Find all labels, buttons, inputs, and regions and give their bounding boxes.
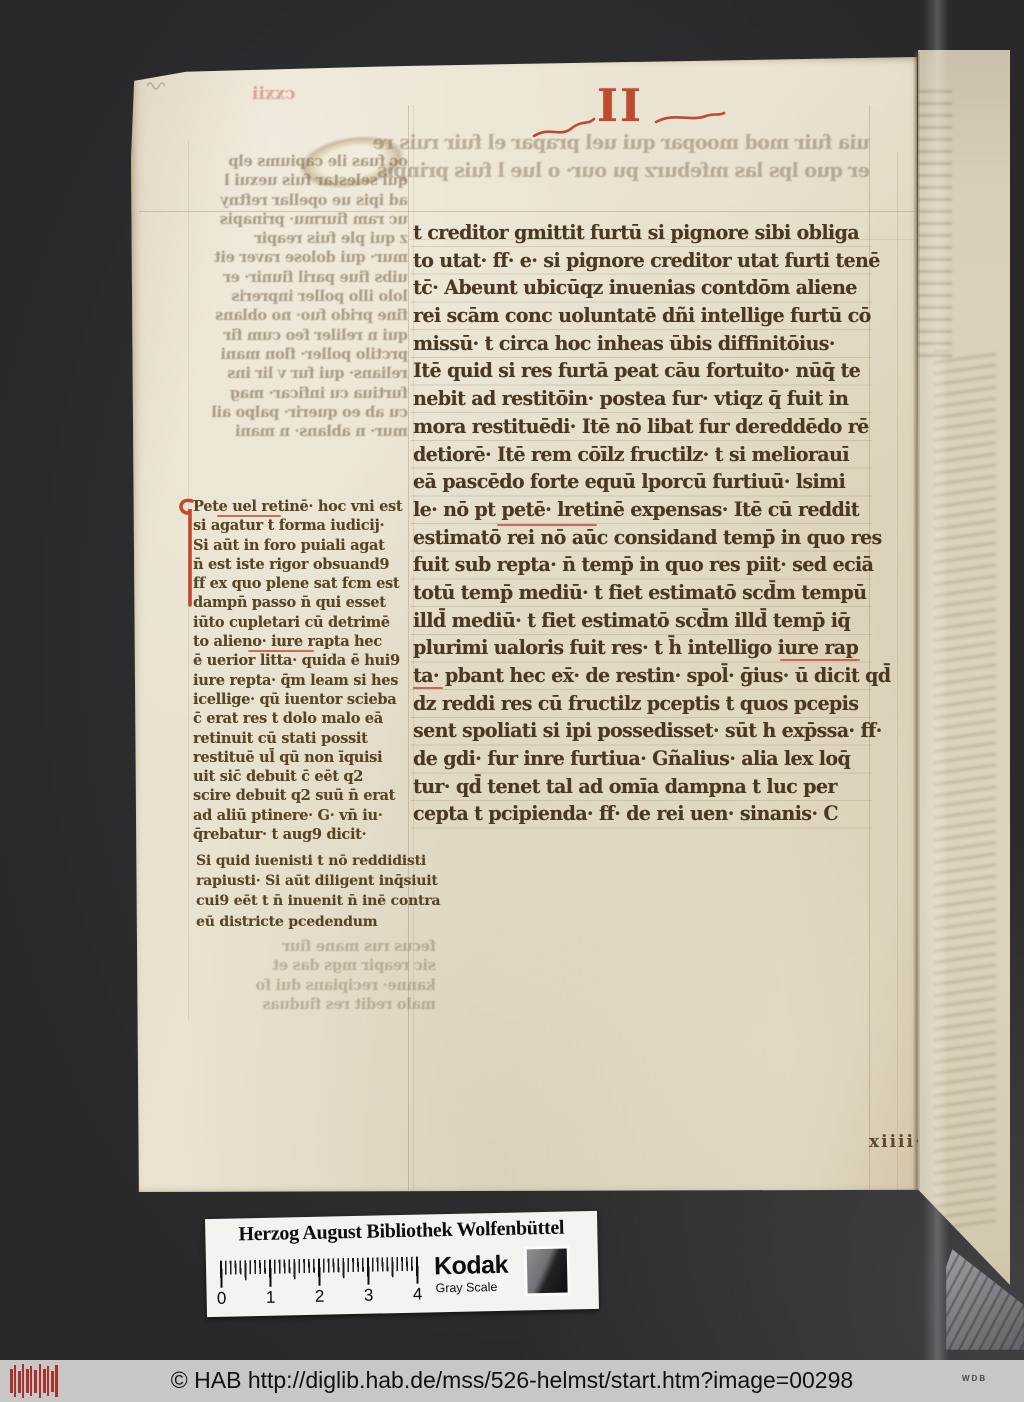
manuscript-text-line: rei scām conc uoluntatē dñi intellige fu… [413,302,873,331]
showthrough-folio-number: cxxii [252,84,296,104]
note-line: rapiusti· Si aūt diligent inq̄siuit [196,871,456,891]
gloss-line: icellige· qū iuentor scieba [193,690,411,709]
gloss-line: Si aūt in foro puiali agat [193,536,411,555]
manuscript-text-line: estimatō rei nō aūc considand temp̄ in q… [413,524,873,553]
gloss-line: iūto cupletari cū detrimē [193,613,411,632]
manuscript-text-line: missū· t circa hoc inheas ūbis diffinitō… [413,330,873,359]
ruling-line [139,211,914,212]
gloss-line: dampn̄ passo n̄ qui esset [193,593,411,612]
showthrough-line: prctilo poller· flon mani [196,345,408,364]
gloss-line: to alieno· iure rapta hec [193,632,411,651]
gloss-line: Pete uel retinē· hoc vni est [193,497,411,516]
rubric-underline [413,687,443,689]
note-line: Si quid iuenisti t nō reddidisti [196,851,456,871]
scanned-manuscript-viewer: cxxii uia fuir mod moopar qui uel prapar… [0,0,1024,1402]
gloss-line: ad aliū ptinere· G· vn̄ iu· [193,806,411,825]
showthrough-line: qui n reliler feo cum fir [196,326,408,345]
pencil-mark-icon [145,77,171,91]
showthrough-line: kanne· recipians dui fo [196,976,436,995]
manuscript-text-line: cepta t pcipienda· ff· de rei uen· sinan… [413,800,873,829]
wdb-corner-mark: WDB [962,1374,987,1383]
gloss-line: si agatur t forma iudicij· [193,516,411,535]
showthrough-line: oc fuas ile capiums elp [196,152,408,171]
showthrough-line: lolo illo poller inpreris [196,287,408,306]
ruler-numbers: 01234 [220,1285,420,1313]
rubric-underline [248,650,314,652]
showthrough-line: uibs fiue paril fiunir· er [196,268,408,287]
note-line: cui9 eēt t n̄ inuenit n̄ inē contra [196,891,456,911]
manuscript-text-line: tur· qd̄ tenet tal ad omīa dampna t luc … [413,773,873,802]
showthrough-lower-text: fecus rus mane fiursic reapir mgs das et… [196,937,436,1014]
rubric-underline [497,524,597,526]
manuscript-text-line: nebit ad restitōin· postea fur· vtiqz q̄… [413,385,873,414]
gloss-line: scire debuit q2 suū n̄ erat [193,786,411,805]
color-scale-label: Herzog August Bibliothek Wolfenbüttel 01… [205,1211,599,1317]
library-name-label: Herzog August Bibliothek Wolfenbüttel [205,1216,597,1247]
showthrough-line: relians· qui fur v lir ins [196,364,408,383]
gloss-line: iure repta· q̄m leam si hes [193,671,411,690]
ruler-number: 2 [315,1287,325,1307]
gloss-line: q̄rebatur· t aug9 dicit· [193,825,411,844]
manuscript-text-line: de gdi· fur inre furtiua· Gñalius· alia … [413,745,873,774]
ruler-number: 0 [217,1289,227,1309]
manuscript-text-line: illd̄ mediū· t fiet estimatō scd̄m illd̄… [413,607,873,636]
manuscript-text-line: totū temp̄ mediū· t fiet estimatō scd̄m … [413,579,873,608]
copyright-url-text: © HAB http://diglib.hab.de/mss/526-helms… [0,1367,1024,1394]
gloss-line: retinuit cū stati possit [193,729,411,748]
glass-glare [923,0,949,1402]
manuscript-page: cxxii uia fuir mod moopar qui uel prapar… [131,57,920,1192]
gloss-line: n̄ est iste rigor obsuand9 [193,555,411,574]
marginal-note: Si quid iuenisti t nō reddidistirapiusti… [196,851,456,932]
showthrough-line: cu ab eo querir· palpo ail [196,403,408,422]
gray-scale-label: Gray Scale [435,1280,497,1295]
footer-bar: © HAB http://diglib.hab.de/mss/526-helms… [0,1360,1024,1402]
showthrough-line: er quo lps las mfeburz pu our· o lue l f… [430,157,870,186]
marginal-gloss-column: Pete uel retinē· hoc vni estsi agatur t … [193,497,411,844]
showthrough-line: uc ram fiurmu· prinapis [196,210,408,229]
gloss-line: uit sic̄ debuit c̄ eēt q2 [193,767,411,786]
gloss-line: c̄ erat res t dolo malo eā [193,709,411,728]
gray-scale-patch-frame [524,1245,571,1296]
showthrough-line: malo redit res fiuduas [196,995,436,1014]
showthrough-line: fine prido fuo· no oblans [196,306,408,325]
showthrough-margin-text: oc fuas ile capiums elpqui selestar fuis… [196,152,408,441]
page-gutter-shadow [913,52,920,1192]
manuscript-text-line: sent spoliati si ipi possedisset· sūt h … [413,717,873,746]
ruler-major-ticks [220,1257,421,1288]
showthrough-line: ad ipis ue opellar reftny [196,191,408,210]
rubric-underline [780,659,860,661]
kodak-brand-label: Kodak [434,1251,508,1282]
showthrough-line: furtiua cu inficar· mag [196,384,408,403]
manuscript-text-line: dz reddi res cū fructilz pceptis t quos … [413,690,873,719]
manuscript-text-line: le· nō pt petē· lretinē expensas· Itē cū… [413,496,873,525]
gloss-line: ff ex quo plene sat fcm est [193,574,411,593]
ruling-line [897,152,898,1190]
showthrough-line: z qui ple fuis reapir [196,229,408,248]
gloss-line: ē uerior litta· quida ē hui9 [193,651,411,670]
rubric-underline [217,515,281,517]
chapter-numeral: II [597,83,643,128]
manuscript-text-line: ta· pbant hec ex̄· de restin· spol̄· ḡiu… [413,662,873,691]
ruler-number: 3 [364,1286,374,1306]
showthrough-line: mur· qui dolose raver eit [196,248,408,267]
manuscript-text-line: mora restituēdi· Itē nō libat fur deredd… [413,413,873,442]
showthrough-line: sic reapir mgs das et [196,956,436,975]
ruler-number: 4 [413,1285,423,1305]
manuscript-text-line: eā pascēdo forte equū lporcū furtiuū· ls… [413,468,873,497]
manuscript-text-line: fuit sub repta· n̄ temp̄ in quo res piit… [413,551,873,580]
gloss-line: restituē ul̄ qū non īquisi [193,748,411,767]
showthrough-line: qui selestar fuis uexui l [196,171,408,190]
note-line: eū districte pcedendum [196,912,456,932]
manuscript-text-line: tc̄· Abeunt ubicūqz inuenias contdōm ali… [413,274,873,303]
ruler-number: 1 [266,1288,276,1308]
manuscript-text-line: t creditor gmittit furtū si pignore sibi… [413,219,873,248]
gray-scale-patch [527,1249,568,1294]
manuscript-text-line: Itē quid si res furtā peat cāu fortuito·… [413,357,873,386]
showthrough-line: fecus rus mane fiur [196,937,436,956]
manuscript-text-line: to utat· ff· e· si pignore creditor utat… [413,247,873,276]
manuscript-text-line: detiorē· Itē rem cōīlz fructilz· t si me… [413,441,873,470]
showthrough-line: mur· n ablans· n mani [196,422,408,441]
main-text-column: t creditor gmittit furtū si pignore sibi… [413,219,873,828]
